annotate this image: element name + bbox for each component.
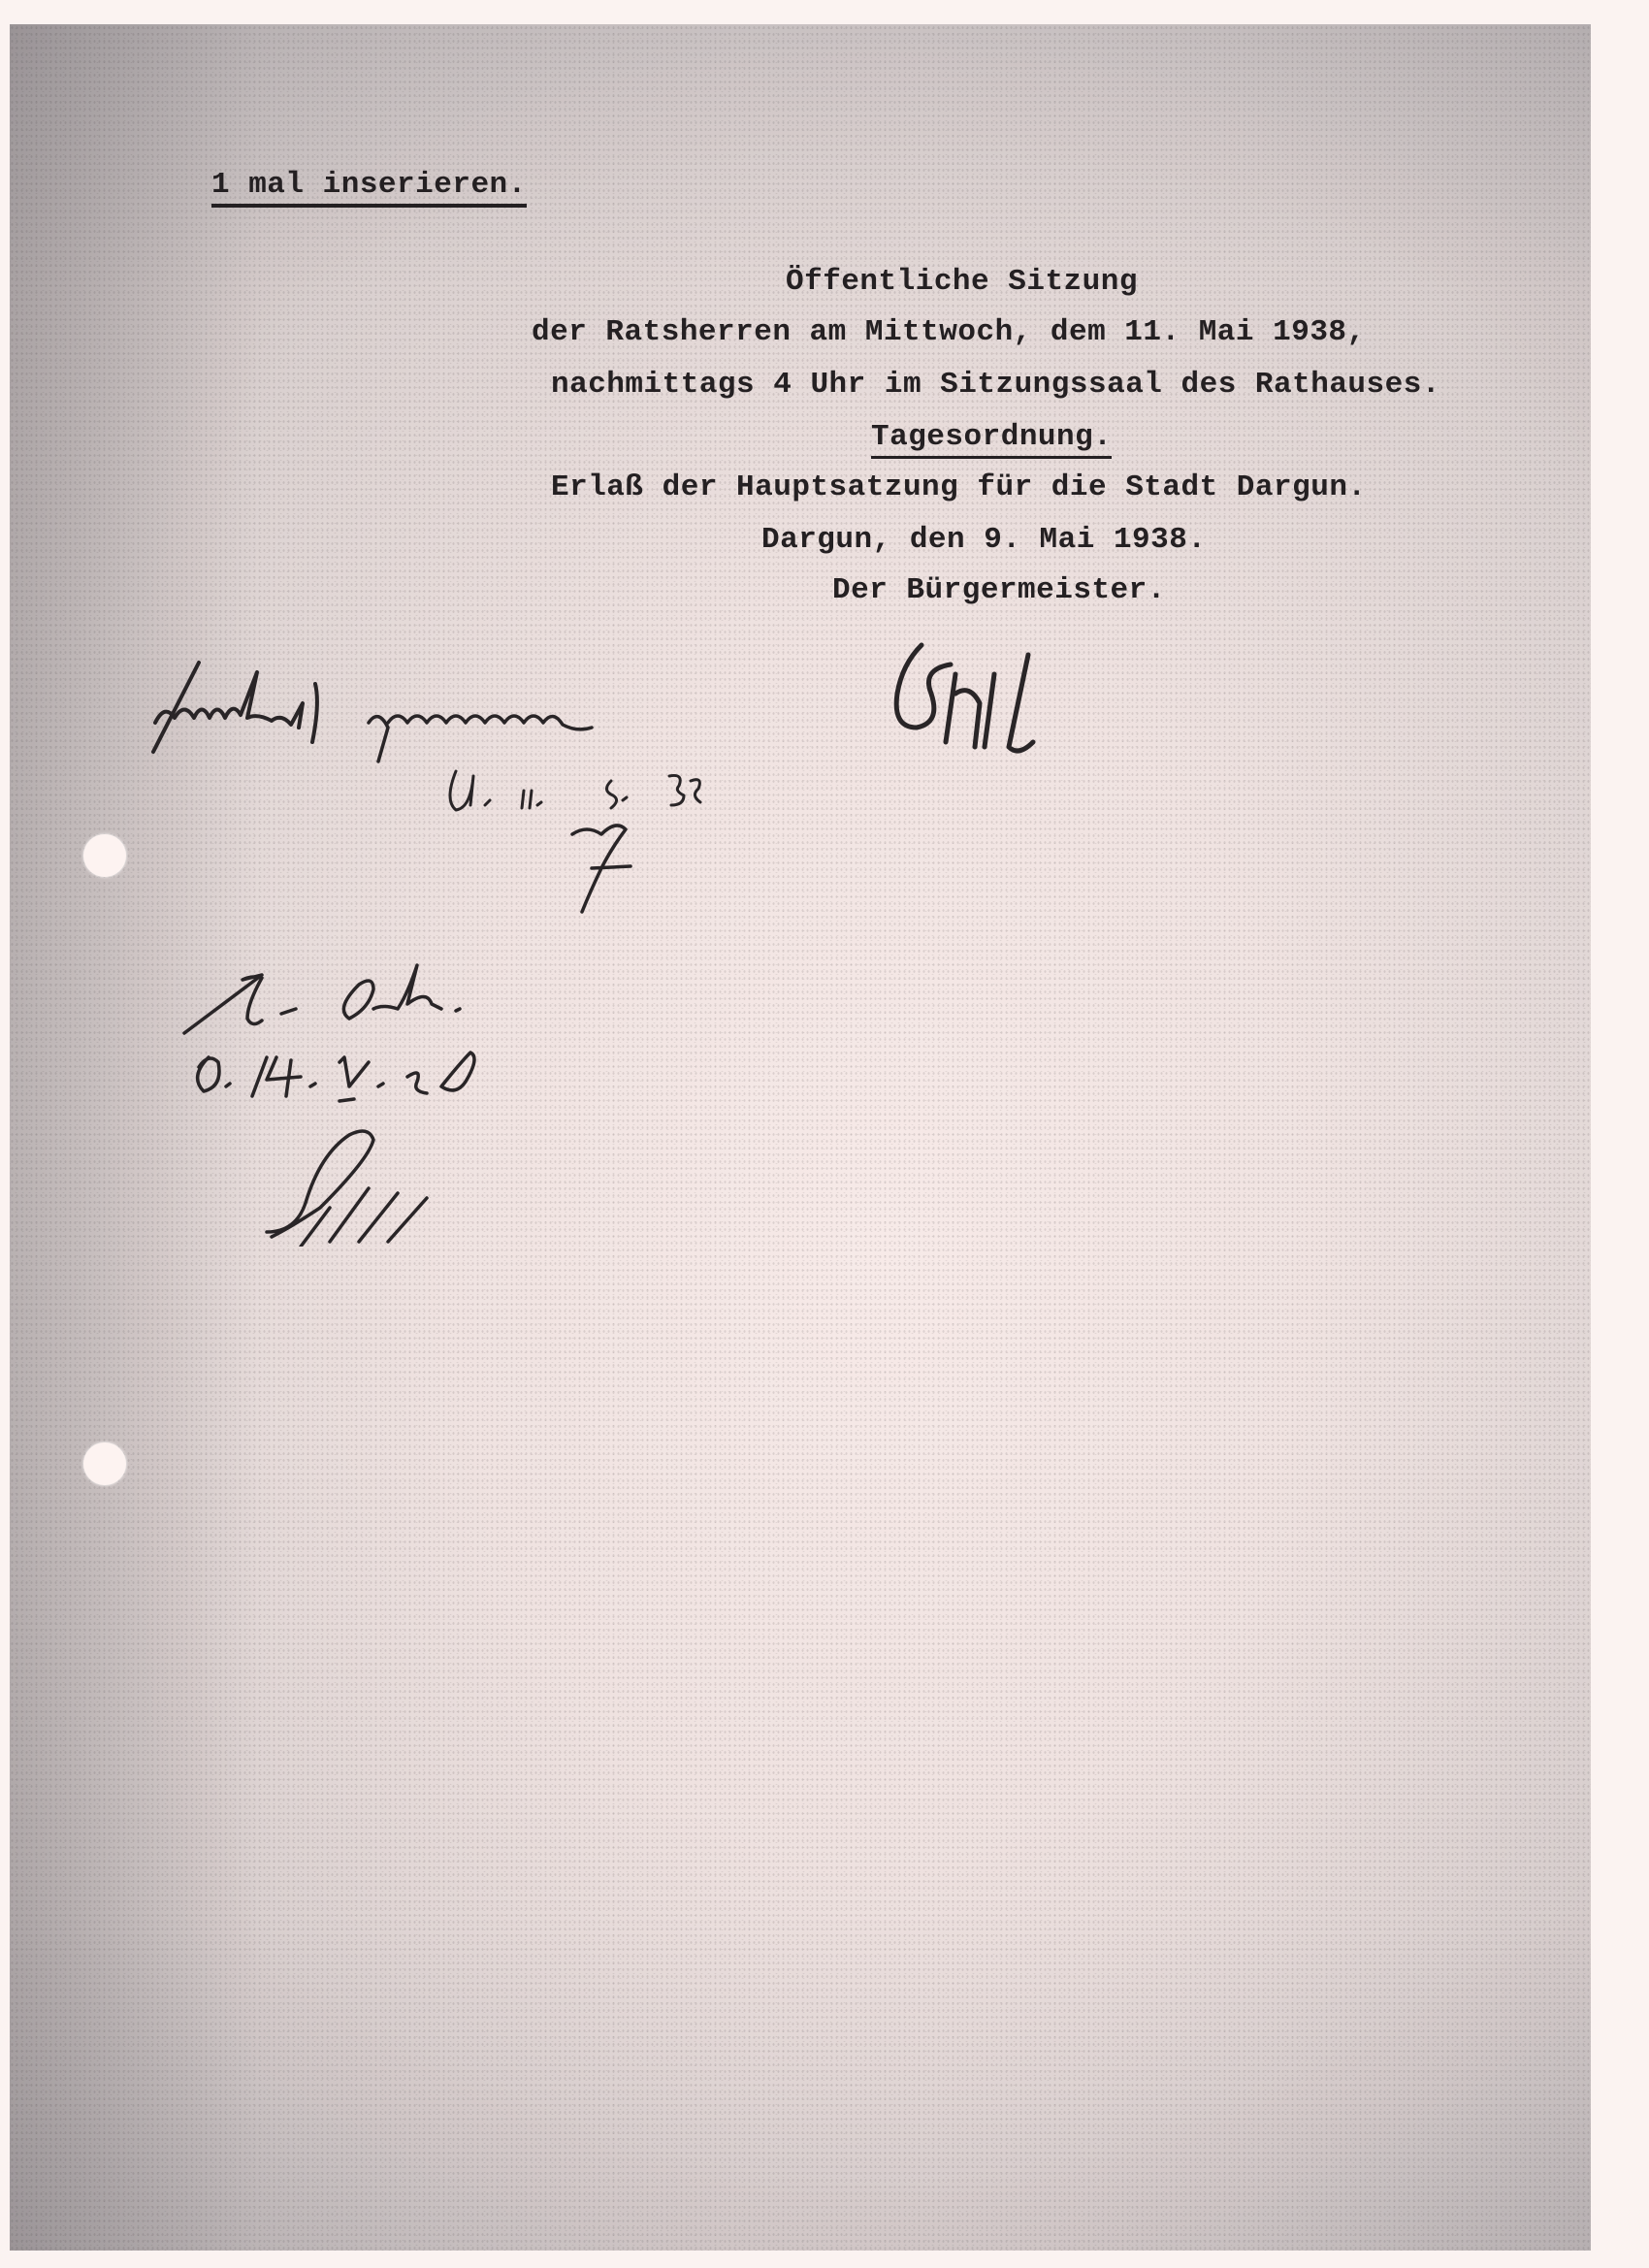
agenda-item: Erlaß der Hauptsatzung für die Stadt Dar…	[551, 470, 1367, 504]
handwritten-initial-j	[533, 810, 650, 917]
punch-hole-lower	[83, 1442, 126, 1485]
notice-line-1: der Ratsherren am Mittwoch, dem 11. Mai …	[532, 315, 1366, 349]
handwritten-date-2	[179, 1033, 500, 1116]
annotation-1-text: Kenntnis genommen	[0, 0, 1, 1]
signatory-title: Der Bürgermeister.	[832, 573, 1166, 607]
bleed-through-text-right	[834, 703, 1465, 1964]
signature-sehl-2	[262, 1111, 456, 1247]
scanned-page: 1 mal inserieren. Öffentliche Sitzung de…	[10, 24, 1591, 2251]
punch-hole-upper	[83, 834, 126, 877]
notice-title: Öffentliche Sitzung	[786, 265, 1138, 299]
agenda-heading: Tagesordnung.	[871, 420, 1112, 459]
handwritten-annotation-zda	[165, 951, 485, 1043]
place-date: Dargun, den 9. Mai 1938.	[761, 523, 1206, 557]
notice-line-2: nachmittags 4 Uhr im Sitzungssaal des Ra…	[551, 368, 1440, 402]
insertion-instruction: 1 mal inserieren.	[211, 168, 527, 208]
signature-sehl-1	[863, 635, 1077, 771]
